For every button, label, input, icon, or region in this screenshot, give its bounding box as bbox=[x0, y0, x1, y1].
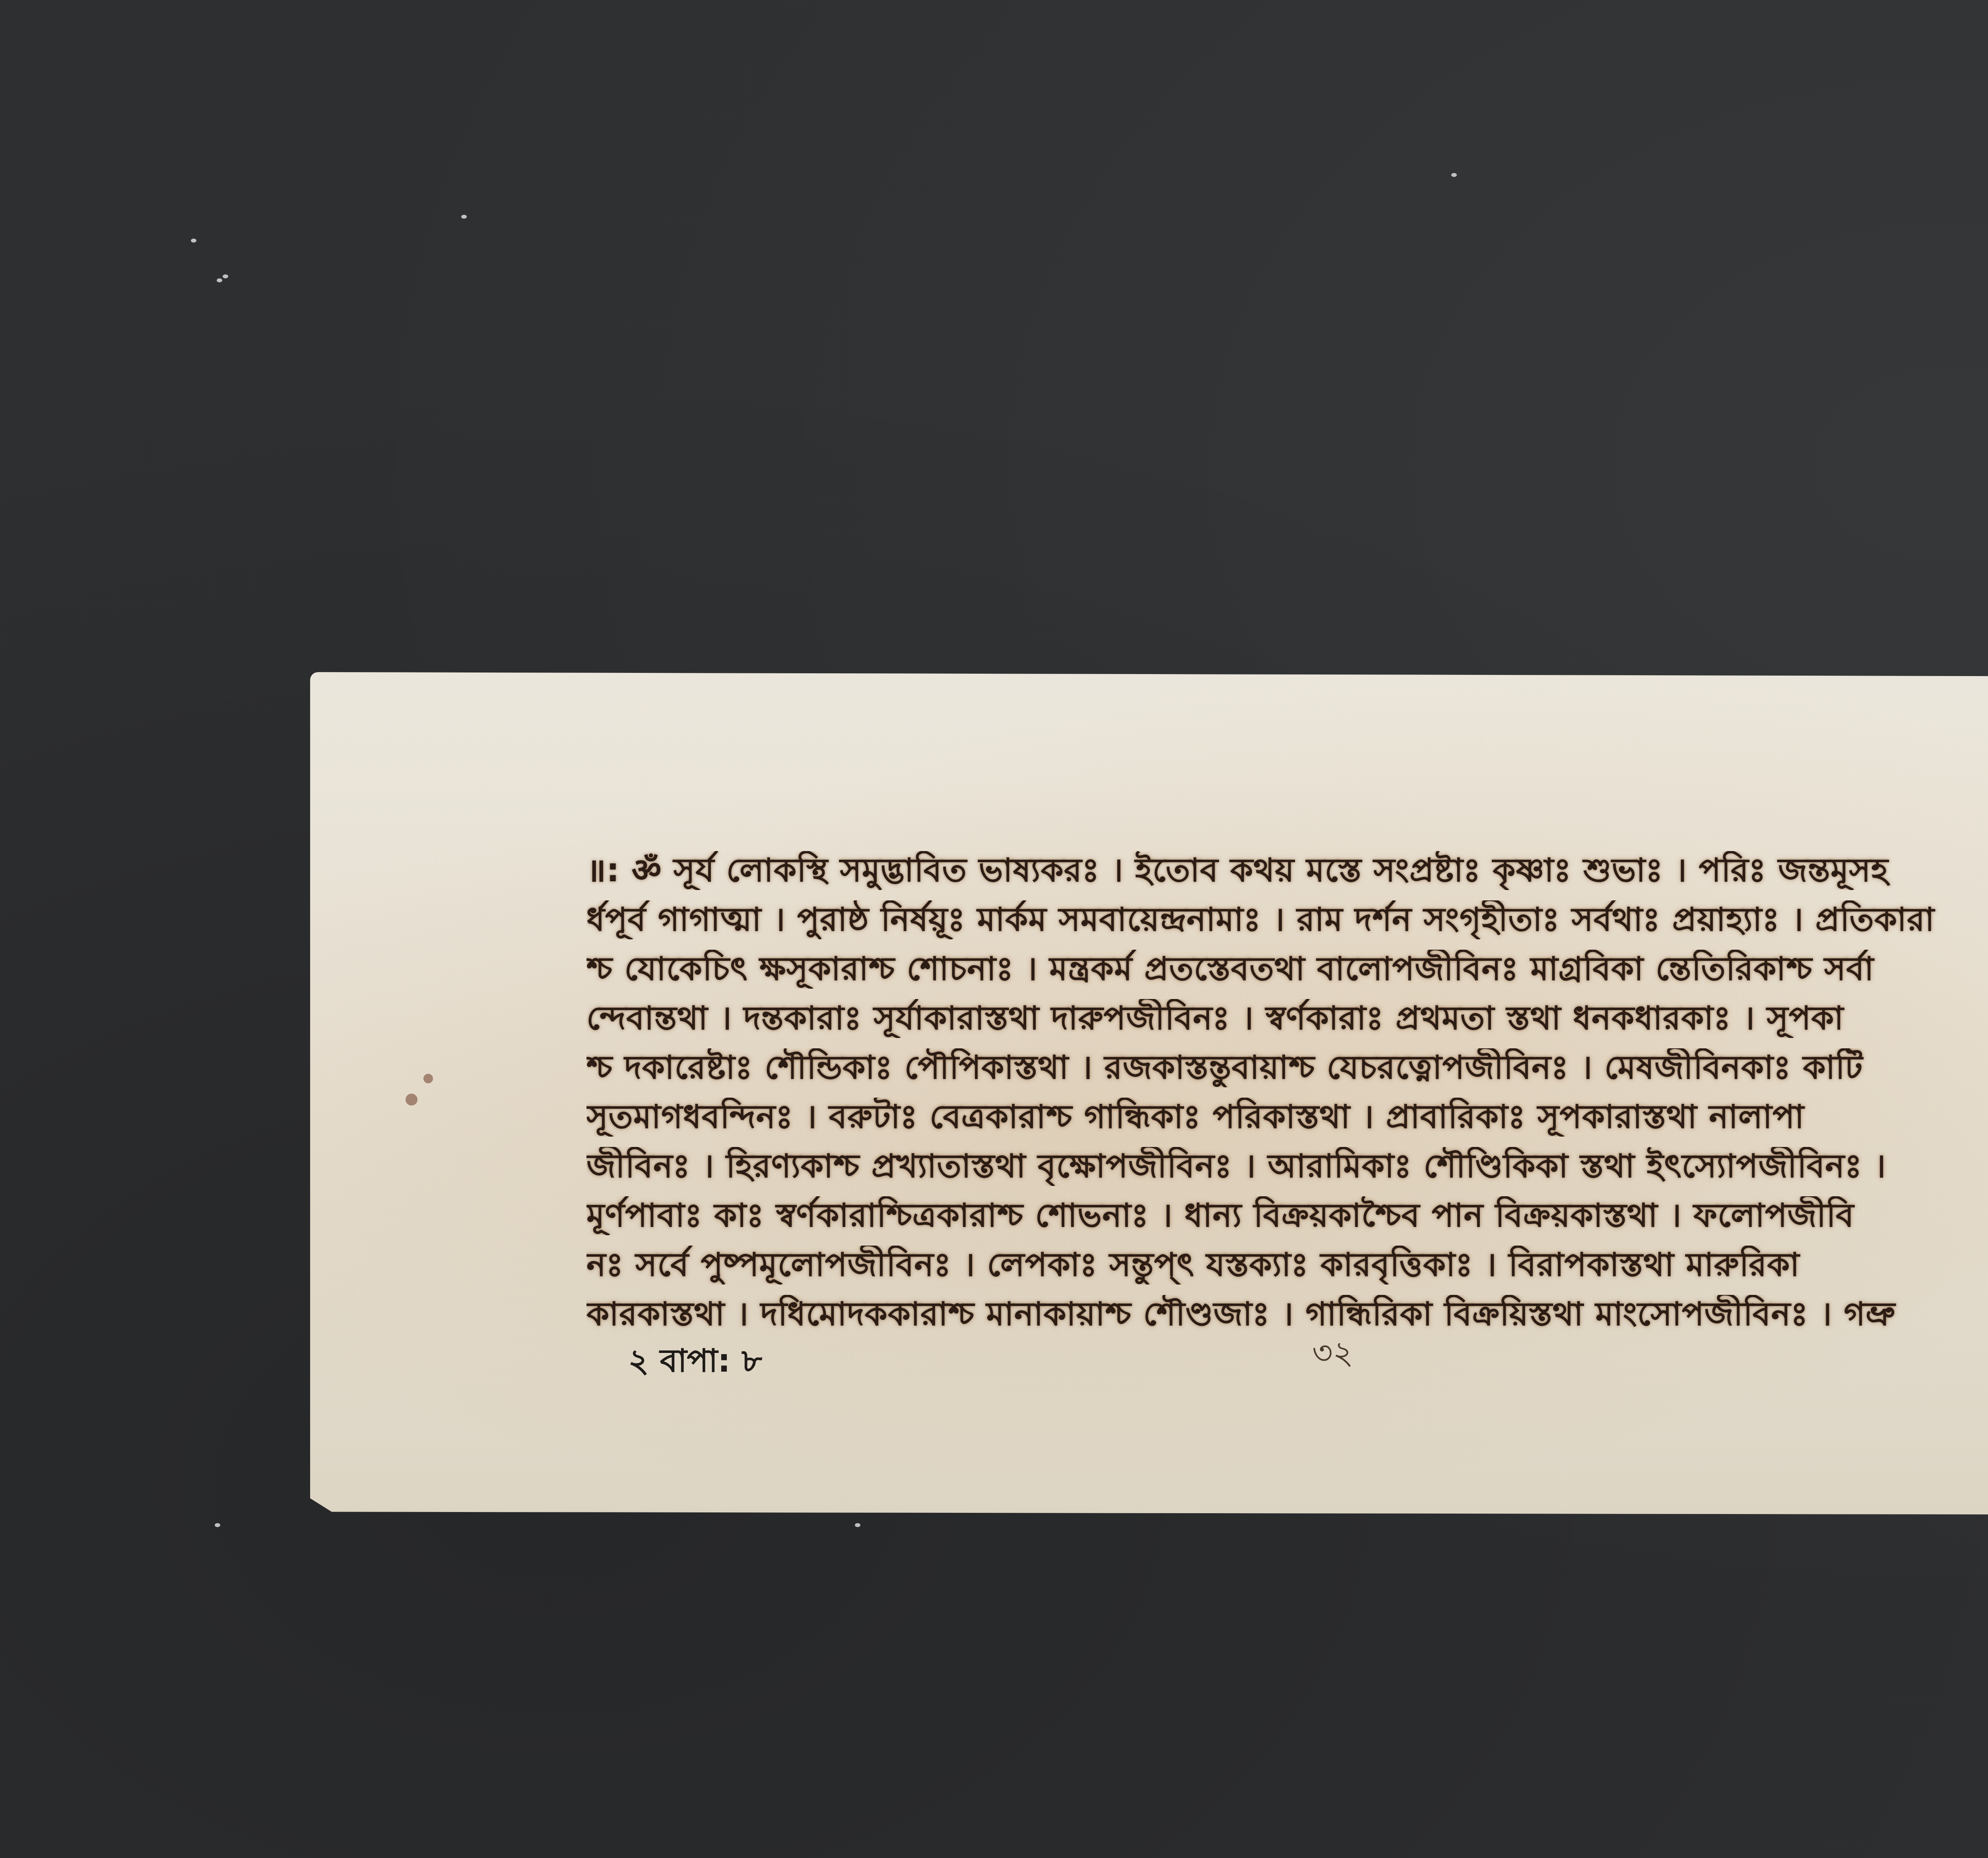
dust-speck bbox=[215, 1523, 220, 1527]
text-line: কারকাস্তথা । দধিমোদককারাশ্চ মানাকায়াশ্চ… bbox=[586, 1295, 1988, 1334]
dust-speck bbox=[1451, 173, 1457, 177]
page-number: ৩২ bbox=[1312, 1328, 1353, 1382]
manuscript-text: ॥: ॐ সূর্য লোকস্থি সমুদ্ভাবিত ভাষ্যকরঃ ।… bbox=[586, 851, 1988, 1334]
dust-speck bbox=[223, 274, 228, 278]
text-line: সূতমাগধবন্দিনঃ । বরুটাঃ বেত্রকারাশ্চ গান… bbox=[586, 1098, 1988, 1137]
text-line: নঃ সর্বে পুষ্পমূলোপজীবিনঃ । লেপকাঃ সন্তু… bbox=[586, 1246, 1988, 1285]
text-line: জীবিনঃ । হিরণ্যকাশ্চ প্রখ্যাতাস্তথা বৃক্… bbox=[586, 1147, 1988, 1186]
text-line: শ্চ দকারেষ্টাঃ শৌন্ডিকাঃ পৌপিকাস্তথা । র… bbox=[586, 1048, 1988, 1087]
margin-note: ২ বাপা: ৮ bbox=[628, 1336, 762, 1390]
ink-stain bbox=[406, 1094, 417, 1106]
manuscript-leaf: ॥: ॐ সূর্য লোকস্থি সমুদ্ভাবিত ভাষ্যকরঃ ।… bbox=[310, 672, 1988, 1515]
dust-speck bbox=[461, 215, 467, 219]
text-line: মূর্ণপাবাঃ কাঃ স্বর্ণকারাশ্চিত্রকারাশ্চ … bbox=[586, 1196, 1988, 1235]
text-line: শ্চ যোকেচিৎ ক্ষসূকারাশ্চ শোচনাঃ । মন্ত্র… bbox=[586, 950, 1988, 989]
text-line: ॥: ॐ সূর্য লোকস্থি সমুদ্ভাবিত ভাষ্যকরঃ ।… bbox=[586, 851, 1988, 890]
ink-stain bbox=[423, 1074, 433, 1083]
text-line: ন্দেবান্তথা । দন্তকারাঃ সূর্যাকারাস্তথা … bbox=[586, 999, 1988, 1038]
dust-speck bbox=[217, 278, 222, 282]
dust-speck bbox=[855, 1523, 860, 1527]
text-line: র্ধপূর্ব গাগাত্মা । পুরাষ্ঠ নির্ষয়ূঃ মা… bbox=[586, 900, 1988, 939]
dust-speck bbox=[191, 239, 196, 243]
